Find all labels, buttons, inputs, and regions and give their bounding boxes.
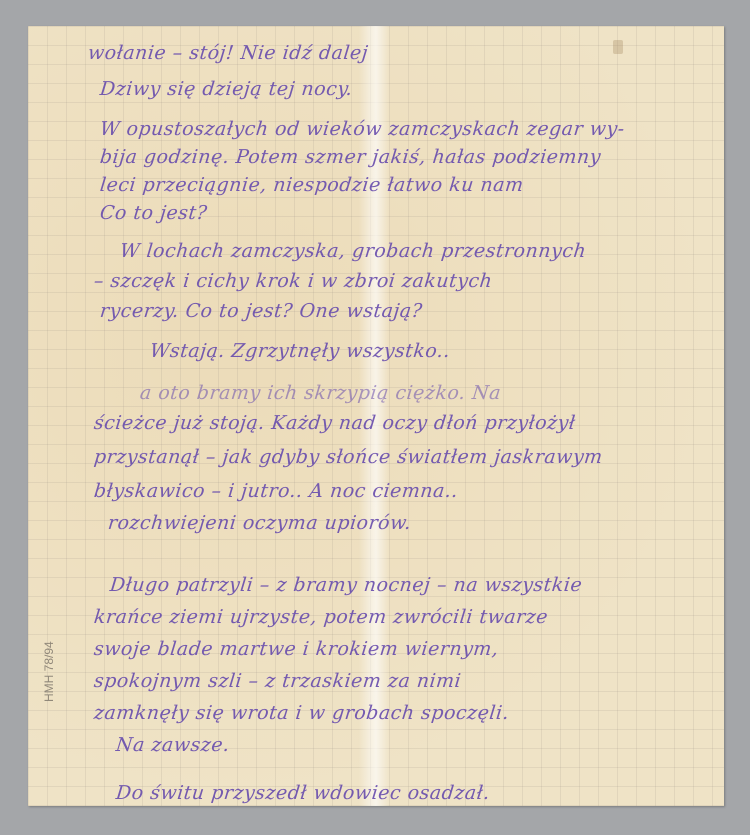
text-line: a oto bramy ich skrzypią ciężko. Na xyxy=(139,382,502,404)
text-line: błyskawico – i jutro.. A noc ciemna.. xyxy=(93,480,459,502)
text-line: rozchwiejeni oczyma upiorów. xyxy=(107,512,412,534)
text-line: rycerzy. Co to jest? One wstają? xyxy=(99,300,424,322)
text-line: spokojnym szli – z trzaskiem za nimi xyxy=(93,670,463,692)
text-line: krańce ziemi ujrzyste, potem zwrócili tw… xyxy=(93,606,549,628)
text-line: swoje blade martwe i krokiem wiernym, xyxy=(93,638,500,660)
text-line: W lochach zamczyska, grobach przestronny… xyxy=(119,240,588,262)
text-line: Na zawsze. xyxy=(115,734,231,756)
text-line: – szczęk i cichy krok i w zbroi zakutych xyxy=(93,270,494,292)
text-line: Co to jest? xyxy=(99,202,209,224)
text-line: W opustoszałych od wieków zamczyskach ze… xyxy=(99,118,626,140)
text-line: wołanie – stój! Nie idź dalej xyxy=(87,42,370,64)
archive-mark: HMH 78/94 xyxy=(42,641,56,702)
text-line: leci przeciągnie, niespodzie łatwo ku na… xyxy=(99,174,525,196)
text-line: zamknęły się wrota i w grobach spoczęli. xyxy=(93,702,510,724)
text-line: ścieżce już stoją. Każdy nad oczy dłoń p… xyxy=(93,412,577,434)
text-line: przystanął – jak gdyby słońce światłem j… xyxy=(93,446,604,468)
text-line: Do świtu przyszedł wdowiec osadzał. xyxy=(115,782,491,804)
manuscript-page: HMH 78/94 wołanie – stój! Nie idź dalej … xyxy=(28,26,724,806)
text-line: bija godzinę. Potem szmer jakiś, hałas p… xyxy=(99,146,602,168)
text-line: Dziwy się dzieją tej nocy. xyxy=(99,78,354,100)
paper-stain xyxy=(613,40,623,54)
text-line: Wstają. Zgrzytnęły wszystko.. xyxy=(149,340,451,362)
text-line: Długo patrzyli – z bramy nocnej – na wsz… xyxy=(109,574,584,596)
